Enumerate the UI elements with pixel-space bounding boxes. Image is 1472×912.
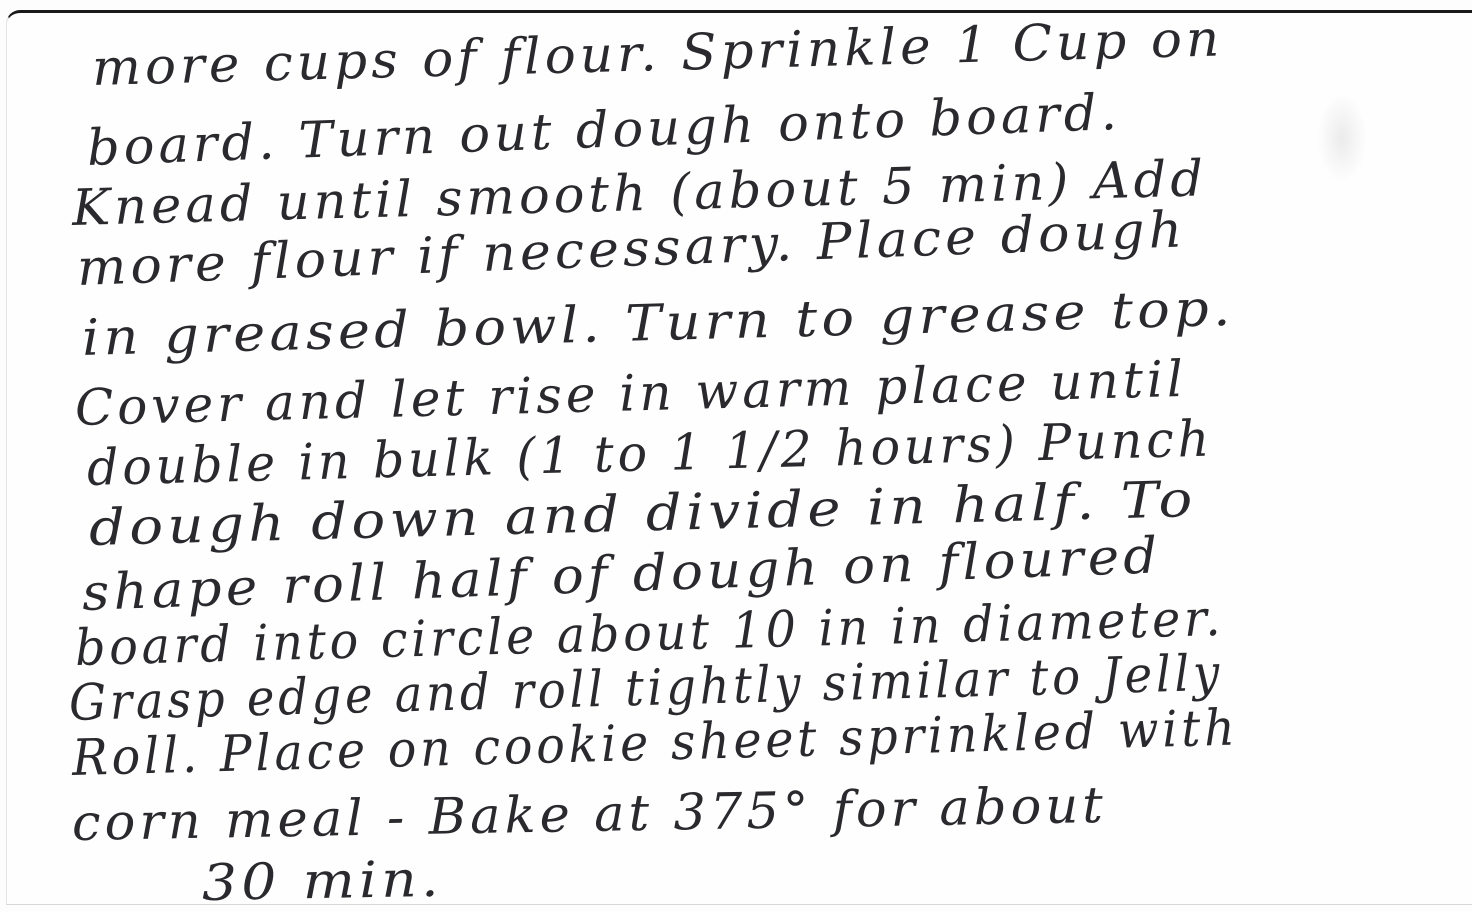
recipe-card: more cups of flour. Sprinkle 1 Cup on bo… (6, 10, 1472, 905)
recipe-line-5: in greased bowl. Turn to grease top. (81, 283, 1235, 363)
paper-smudge (1317, 93, 1367, 183)
recipe-line-14: 30 min. (202, 854, 444, 908)
scanned-page: more cups of flour. Sprinkle 1 Cup on bo… (0, 0, 1472, 912)
recipe-line-13: corn meal - Bake at 375° for about (72, 780, 1108, 848)
recipe-line-1: more cups of flour. Sprinkle 1 Cup on (91, 13, 1224, 93)
